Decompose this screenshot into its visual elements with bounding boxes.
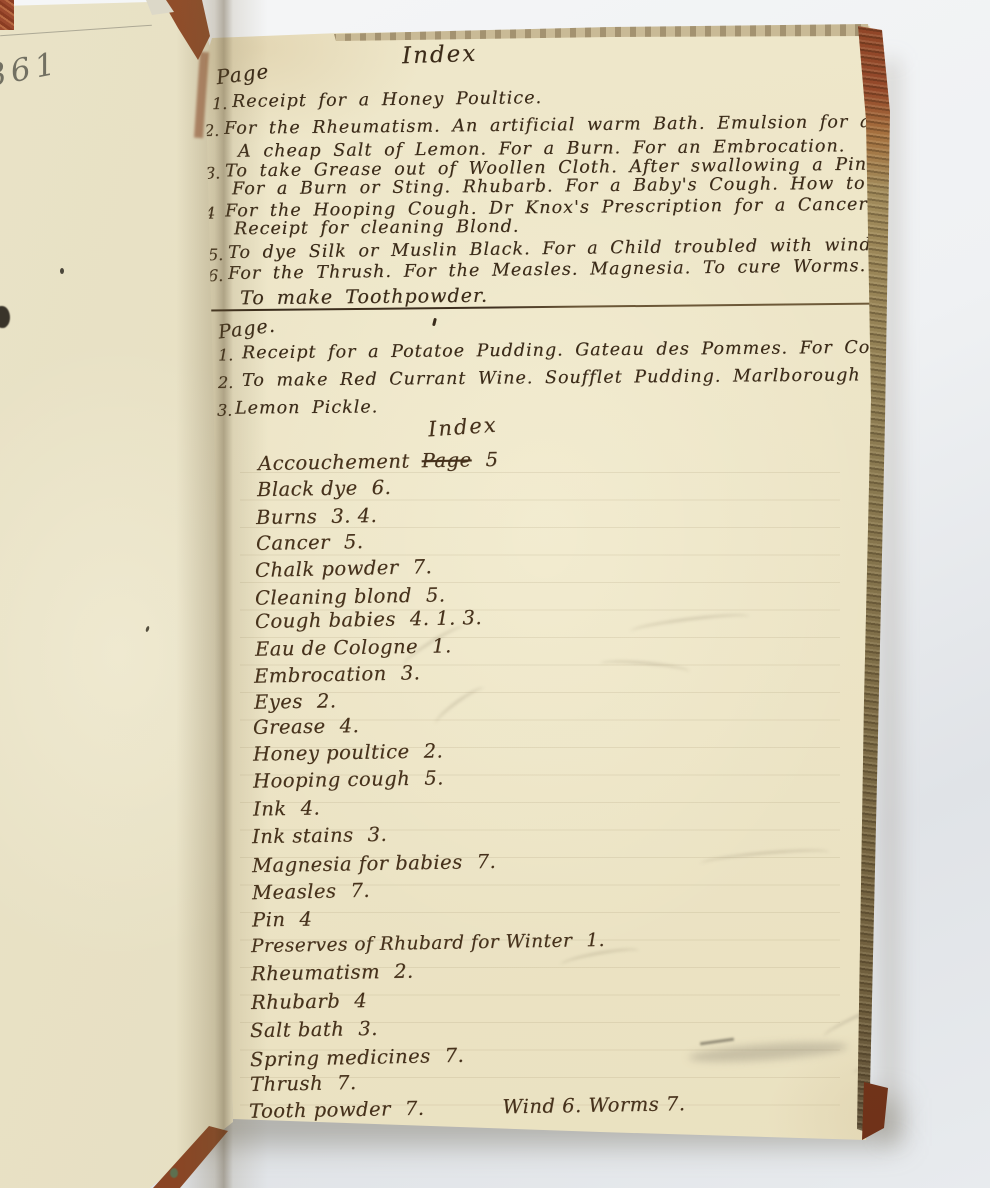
alpha-pages: 4: [354, 989, 367, 1012]
ink-blot: [0, 306, 10, 328]
row-text: To make Red Currant Wine. Soufflet Puddi…: [242, 365, 890, 391]
alpha-term: Tooth powder: [249, 1097, 391, 1122]
alpha-entry: Hooping cough5.: [253, 766, 444, 792]
alpha-entry: Eau de Cologne1.: [255, 634, 452, 660]
alpha-entry: Black dye6.: [257, 476, 392, 501]
row-text: Receipt for cleaning Blond.: [234, 217, 520, 239]
alpha-pages: 5.: [344, 530, 364, 553]
alpha-term: Hooping cough: [253, 767, 411, 793]
alpha-pages: 7.: [350, 879, 370, 902]
alpha-extra-entries: Wind 6. Worms 7.: [502, 1092, 685, 1118]
alpha-pages: 7.: [412, 555, 432, 578]
index-title-remedies: Index: [402, 41, 478, 70]
ink-tick: [432, 318, 437, 326]
alpha-pages: 4.: [339, 714, 359, 737]
alpha-pages: 4: [299, 907, 312, 930]
alpha-entry: AccouchementPage5: [258, 448, 499, 475]
pencil-line: [0, 25, 152, 37]
alpha-entry: Cleaning blond5.: [255, 583, 446, 609]
alpha-entry: Rheumatism2.: [251, 960, 414, 986]
alpha-term: Chalk powder: [255, 556, 399, 582]
row-text: To make Toothpowder.: [240, 285, 488, 310]
alpha-pages: 2.: [394, 960, 414, 983]
row-text: For the Rheumatism. An artificial warm B…: [224, 111, 953, 139]
pencil-shelfmark: 861: [0, 45, 63, 94]
remedies-row: Receipt for cleaning Blond.: [234, 217, 520, 239]
alpha-term: Embrocation: [254, 662, 387, 688]
struck-word: Page: [421, 448, 471, 472]
alpha-term: Magnesia for babies: [252, 850, 463, 877]
ink-speck: [145, 626, 150, 633]
alpha-entry: Spring medicines7.: [250, 1044, 465, 1071]
remedies-row: To make Toothpowder.: [240, 285, 488, 310]
alpha-entry: Embrocation3.: [254, 661, 421, 687]
alpha-entry: Rhubarb4: [251, 989, 368, 1014]
remedies-row: 2. For the Rheumatism. An artificial war…: [224, 111, 953, 139]
alpha-pages: 3. 4.: [331, 504, 377, 528]
alpha-entry: Cancer5.: [256, 530, 364, 555]
alpha-term: Rheumatism: [251, 960, 380, 985]
alpha-term: Cough babies: [255, 608, 396, 633]
remedies-row: 4 For the Hooping Cough. Dr Knox's Presc…: [225, 195, 873, 222]
index-title-alpha: Index: [427, 413, 498, 442]
alpha-term: Eau de Cologne: [255, 635, 418, 661]
alpha-pages: 1.: [586, 930, 605, 951]
remedies-row: 1. Receipt for a Honey Poultice.: [232, 88, 542, 112]
alpha-term: Accouchement: [258, 449, 410, 475]
alpha-pages: 4. 1. 3.: [410, 606, 483, 630]
alpha-pages: 5.: [424, 766, 444, 789]
alpha-pages: 3.: [367, 823, 387, 846]
alpha-entry: Magnesia for babies7.: [252, 850, 497, 877]
gutter-shadow: [176, 0, 268, 1188]
alpha-entry: Measles7.: [252, 879, 371, 904]
alpha-entry: Honey poultice2.: [253, 739, 444, 765]
ink-speck: [60, 268, 64, 274]
alpha-entry: Grease4.: [253, 714, 360, 739]
cookery-row: 2. To make Red Currant Wine. Soufflet Pu…: [242, 365, 890, 396]
alpha-pages: 7.: [444, 1044, 464, 1067]
alpha-pages: 5.: [426, 583, 446, 606]
alpha-term: Cleaning blond: [255, 584, 412, 610]
alpha-entry: Cough babies4. 1. 3.: [255, 606, 482, 633]
alpha-term: Honey poultice: [253, 740, 410, 766]
alpha-entry: Chalk powder7.: [255, 555, 433, 582]
alpha-pages: 7.: [337, 1071, 357, 1094]
alpha-entry: Burns3. 4.: [256, 504, 378, 529]
row-text: Receipt for a Honey Poultice.: [232, 88, 542, 112]
alpha-pages: 7.: [476, 850, 496, 873]
row-text: For the Hooping Cough. Dr Knox's Prescri…: [225, 195, 873, 222]
alpha-entry: Ink stains3.: [252, 823, 388, 848]
alpha-entry: Salt bath3.: [250, 1017, 378, 1042]
alpha-pages: 6.: [371, 476, 391, 499]
alpha-pages: 2.: [317, 689, 337, 712]
alpha-pages: 7.: [405, 1097, 425, 1120]
alpha-pages: 1.: [432, 634, 452, 657]
photo-of-open-manuscript-book: 861 Index Page 1. Receipt for a Honey Po…: [0, 0, 990, 1188]
alpha-pages: 2.: [423, 739, 443, 762]
leather-corner-top-left: [0, 0, 14, 30]
alpha-term: Black dye: [257, 476, 358, 501]
alpha-pages: 3.: [358, 1017, 378, 1040]
alpha-pages: 5: [485, 448, 498, 471]
alpha-term: Spring medicines: [250, 1044, 431, 1071]
alpha-pages: 4.: [300, 796, 320, 819]
alpha-pages: 3.: [400, 661, 420, 684]
